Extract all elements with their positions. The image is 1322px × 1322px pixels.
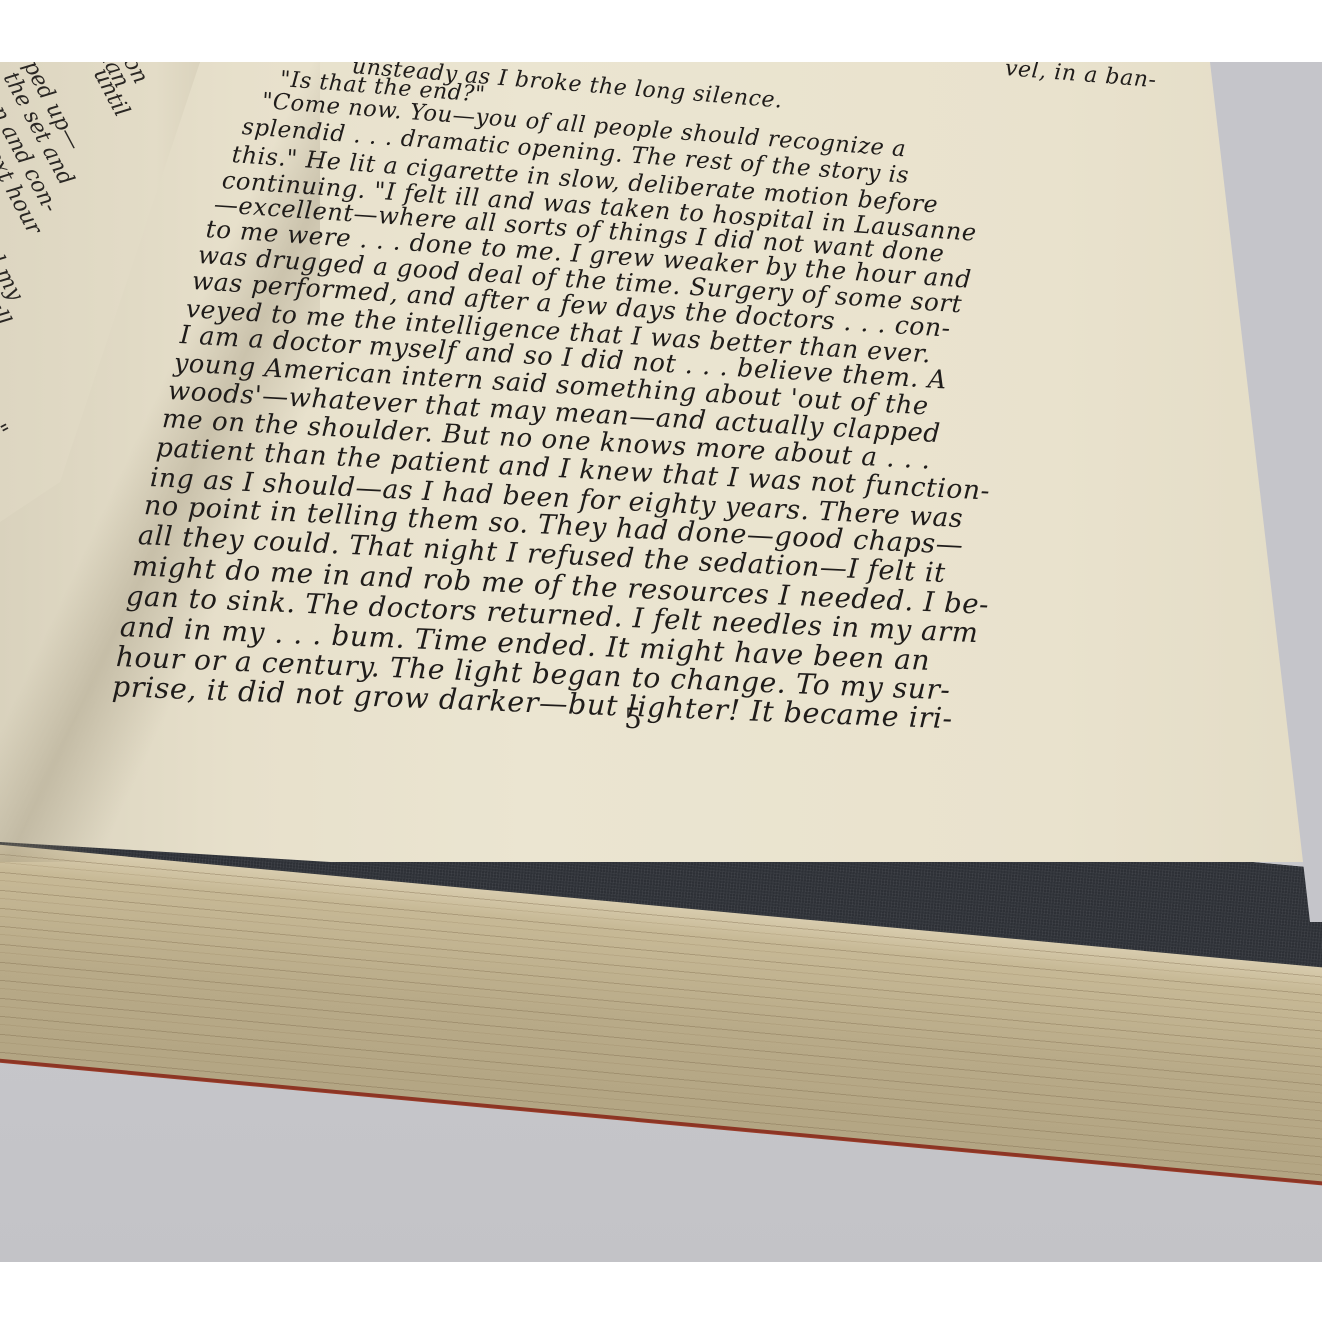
left-page-text: on lan until ped up— the set and n and c… [0,62,220,542]
book-photo: on lan until ped up— the set and n and c… [0,62,1322,1262]
left-fragment: ." [0,414,12,441]
page-number: 5 [624,702,642,735]
